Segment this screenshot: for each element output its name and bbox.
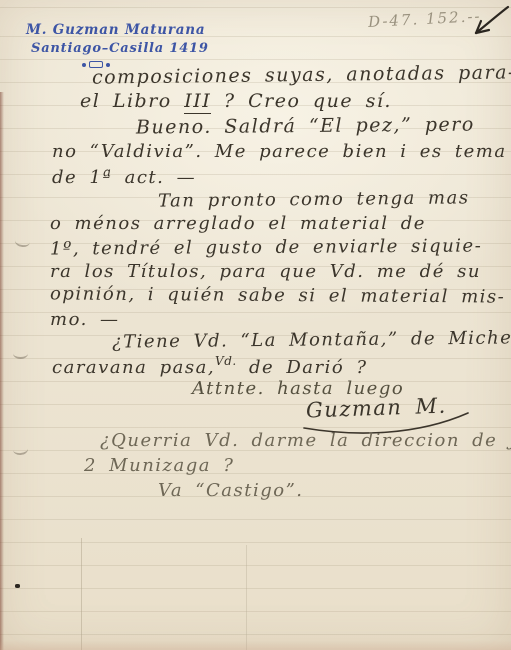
handwriting-line: o ménos arreglado el material de [50,213,426,234]
postscript-line: ¿Querria Vd. darme la direccion de Julio [100,430,511,451]
inserted-superscript: Vd. [215,354,237,368]
handwriting-line: de 1ª act. — [52,167,196,188]
paper-crease-line [81,538,82,650]
postscript-line: 2 Munizaga ? [84,455,234,476]
letterhead-name: M. Guzman Maturana [26,22,209,38]
check-arrow-icon [468,4,510,38]
page-bottom-edge [0,640,511,650]
line-text: el Libro [80,90,184,112]
letterhead-address: Santiago–Casilla 1419 [31,41,209,56]
handwriting-line: Bueno. Saldrá “El pez,” pero [136,114,475,139]
handwriting-line: el Libro III ? Creo que sí. [80,90,392,112]
handwriting-line: caravana pasa,Vd. de Darió ? [52,354,368,378]
handwriting-line: ¿Tiene Vd. “La Montaña,” de Michelet ? ¿… [112,326,511,352]
line-text: caravana pasa, [52,357,215,378]
line-text: ? Creo que sí. [211,90,392,112]
handwriting-line: Tan pronto como tenga mas [158,187,470,211]
binder-mark [13,348,28,359]
handwriting-line: opinión, i quién sabe si el material mis… [50,283,505,307]
underlined-text: III [184,90,211,114]
underlying-sheet-edge [246,545,247,650]
postscript-line: Va “Castigo”. [158,480,304,501]
ornament-dot [82,63,86,67]
line-text: de Darió ? [237,357,368,378]
letterhead: M. Guzman Maturana Santiago–Casilla 1419 [26,22,209,68]
handwriting-line: no “Valdivia”. Me parece bien i es tema [52,141,507,162]
letter-scan-page: M. Guzman Maturana Santiago–Casilla 1419… [0,0,511,650]
handwriting-line: ra los Títulos, para que Vd. me dé su [50,261,481,282]
handwriting-line: mo. — [50,309,120,330]
page-left-edge-shadow [0,92,4,650]
ink-speck [15,584,20,588]
handwriting-line: 1º, tendré el gusto de enviarle siquie- [50,235,482,259]
